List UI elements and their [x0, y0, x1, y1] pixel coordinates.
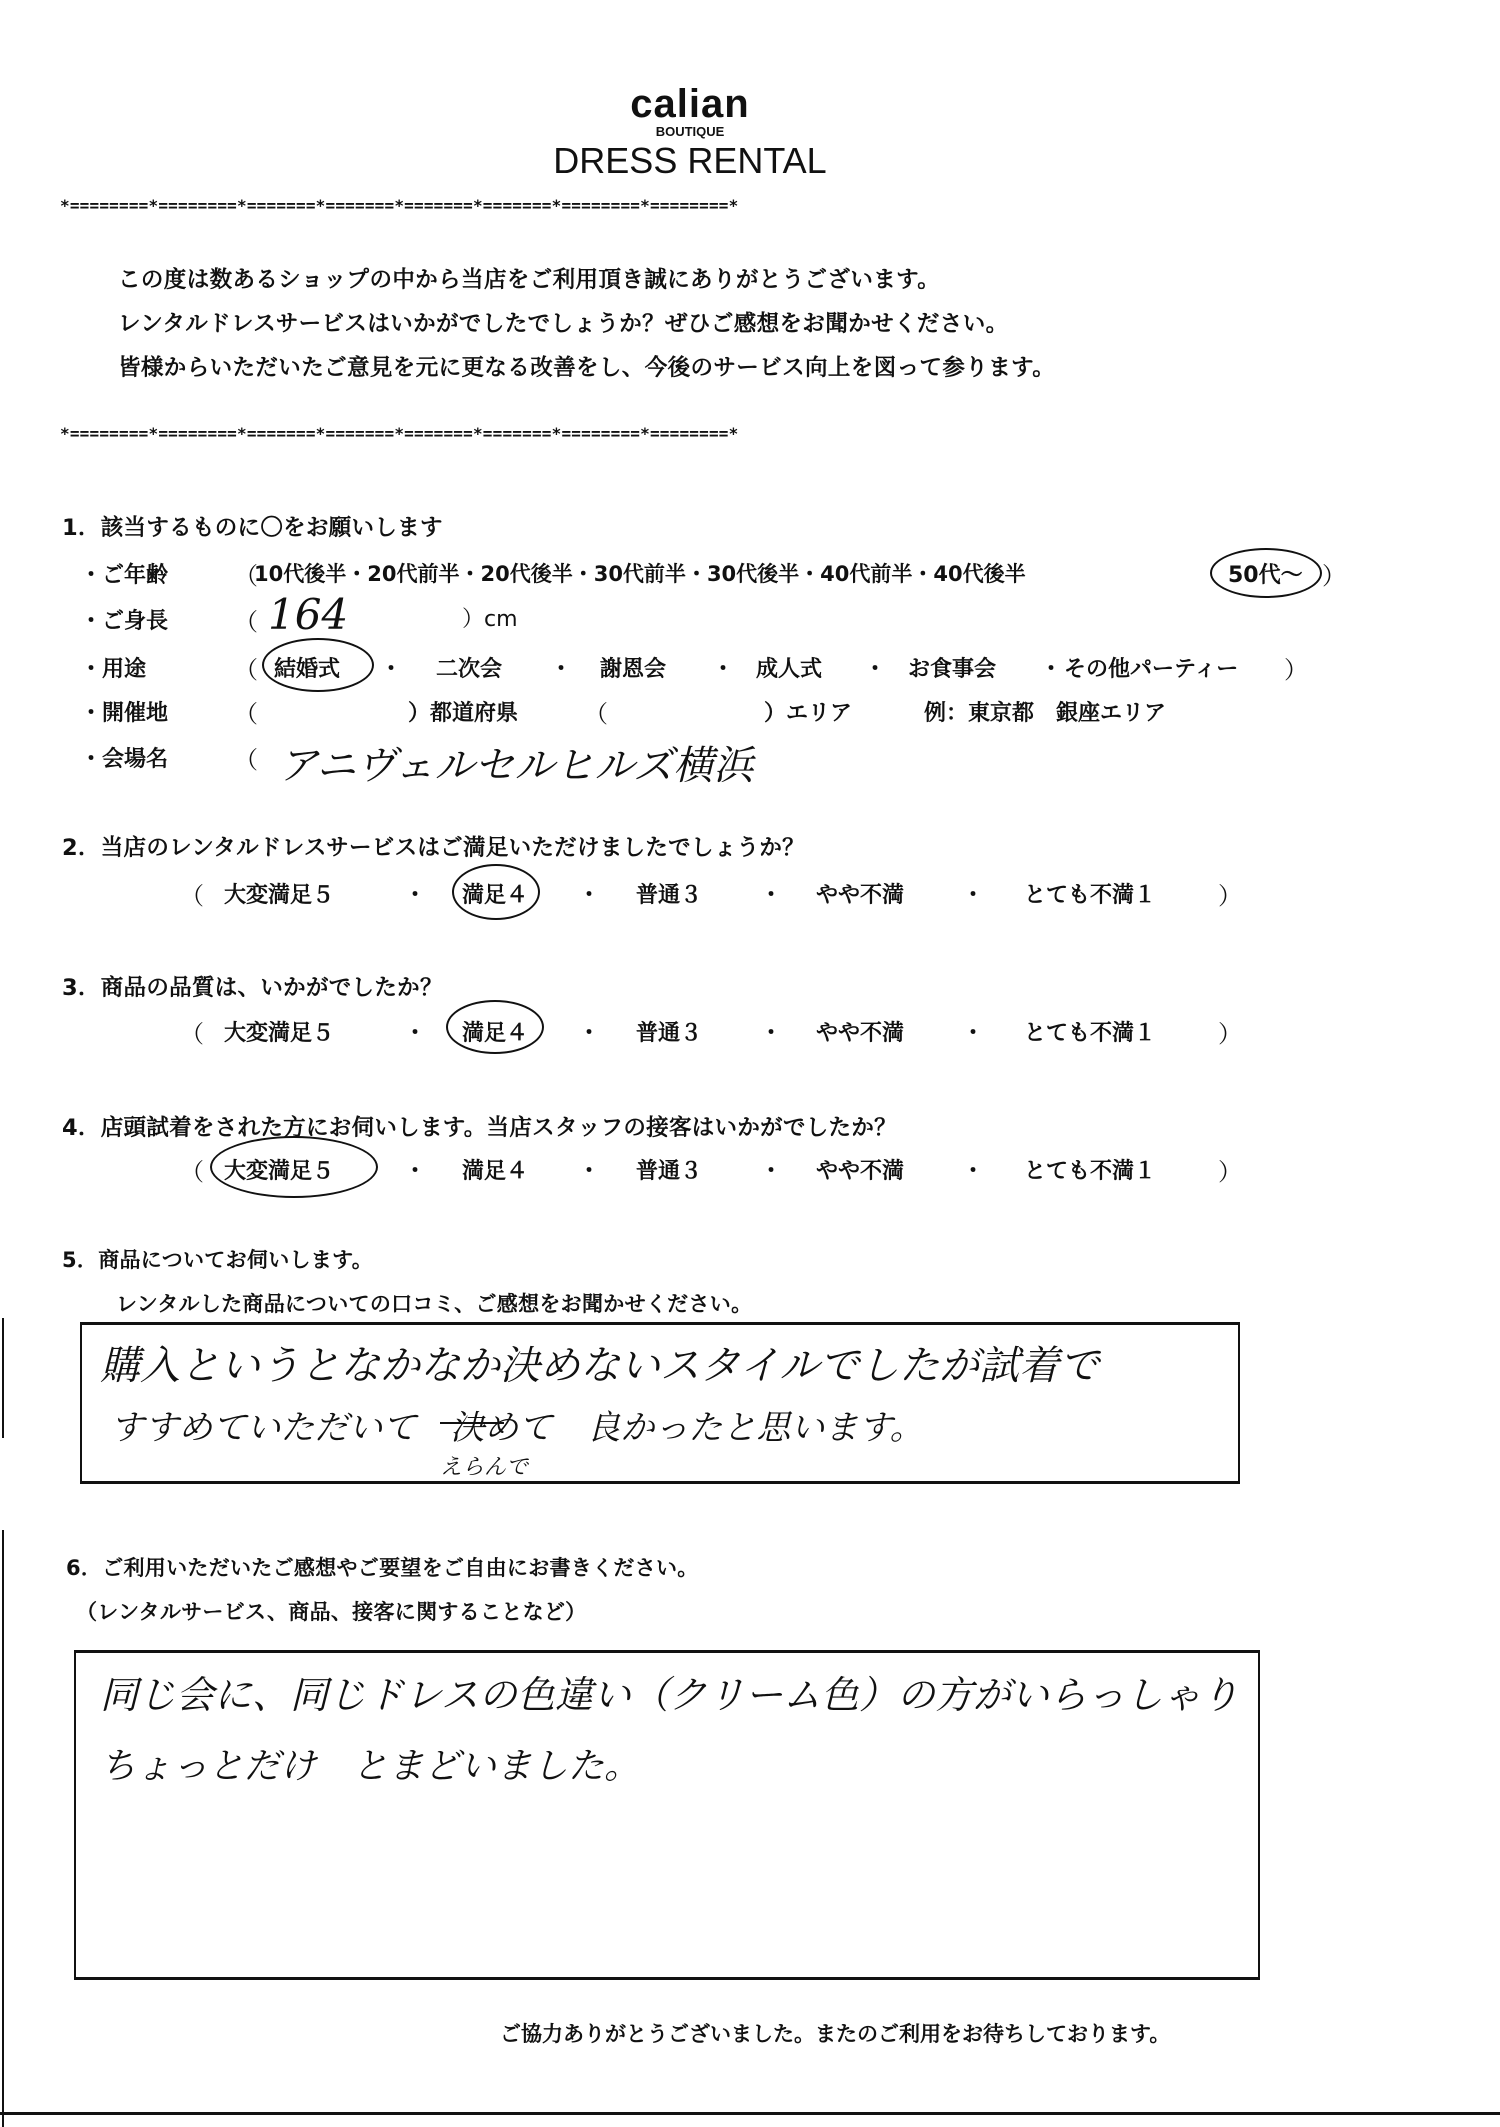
sep: ・ [404, 1016, 426, 1047]
q6-answer-line-1: 同じ会に、同じドレスの色違い（クリーム色）の方がいらっしゃり [100, 1664, 1239, 1719]
location-label: ・開催地 [80, 696, 168, 727]
venue-open-paren: （ [234, 740, 258, 775]
q3-option-5[interactable]: 大変満足５ [224, 1016, 334, 1047]
q5-correction: えらんで [440, 1450, 528, 1481]
q5-answer-line-1: 購入というとなかなか決めないスタイルでしたが試着で [100, 1334, 1099, 1391]
sep: ・ [962, 1154, 984, 1185]
purpose-label: ・用途 [80, 652, 146, 683]
q2-title: 2．当店のレンタルドレスサービスはご満足いただけましたでしょうか？ [62, 830, 805, 862]
intro-line-2: レンタルドレスサービスはいかがでしたでしょうか？ぜひご感想をお聞かせください。 [118, 306, 1009, 338]
sep: ・ [712, 652, 734, 683]
sep: ・ [404, 878, 426, 909]
open-paren: （ [180, 1152, 204, 1187]
divider-top: *========*========*=======*=======*=====… [60, 196, 1370, 216]
scan-margin-line [2, 1318, 4, 1438]
height-label: ・ご身長 [80, 604, 168, 635]
area-open-paren: （ [584, 694, 608, 729]
prefecture-field[interactable] [256, 692, 396, 726]
purpose-option[interactable]: 謝恩会 [600, 652, 666, 683]
q5-subtitle: レンタルした商品についての口コミ、ご感想をお聞かせください。 [116, 1288, 752, 1318]
sep: ・ [346, 562, 367, 586]
q3-option-3[interactable]: 普通３ [636, 1016, 702, 1047]
q4-option-2[interactable]: やや不満 [816, 1154, 904, 1185]
sep: ・ [962, 878, 984, 909]
brand-subtitle: BOUTIQUE [0, 124, 1380, 139]
q3-title: 3．商品の品質は、いかがでしたか？ [62, 970, 443, 1002]
q6-answer-line-2: ちょっとだけ とまどいました。 [100, 1738, 640, 1789]
purpose-option[interactable]: 二次会 [436, 652, 502, 683]
height-value[interactable]: 164 [268, 590, 348, 639]
brand-logo: calian [0, 82, 1380, 127]
purpose-option[interactable]: その他パーティー [1064, 652, 1238, 683]
close-paren: ） [1218, 876, 1242, 911]
age-option[interactable]: 30代前半 [594, 562, 686, 586]
q6-title: 6．ご利用いただいたご感想やご要望をご自由にお書きください。 [66, 1552, 699, 1582]
q4-title: 4．店頭試着をされた方にお伺いします。当店スタッフの接客はいかがでしたか？ [62, 1110, 897, 1142]
sep: ・ [912, 562, 933, 586]
q4-option-4[interactable]: 満足４ [462, 1154, 528, 1185]
age-option[interactable]: 40代前半 [820, 562, 912, 586]
q2-option-2[interactable]: やや不満 [816, 878, 904, 909]
q2-option-1[interactable]: とても不満１ [1024, 878, 1156, 909]
close-paren: ） [1218, 1152, 1242, 1187]
q3-option-2[interactable]: やや不満 [816, 1016, 904, 1047]
q6-subtitle: （レンタルサービス、商品、接客に関することなど） [76, 1596, 586, 1626]
scan-bottom-border [0, 2112, 1500, 2115]
sep: ・ [760, 1154, 782, 1185]
age-label: ・ご年齢 [80, 558, 168, 589]
area-suffix: ）エリア [764, 696, 852, 727]
q2-option-5[interactable]: 大変満足５ [224, 878, 334, 909]
prefecture-suffix: ）都道府県 [408, 696, 518, 727]
q3-option-4-selected[interactable]: 満足４ [462, 1016, 528, 1047]
q2-option-4-selected[interactable]: 満足４ [462, 878, 528, 909]
q4-option-3[interactable]: 普通３ [636, 1154, 702, 1185]
sep: ・ [578, 1154, 600, 1185]
footer-thanks: ご協力ありがとうございました。またのご利用をお待ちしております。 [500, 2018, 1170, 2048]
q5-answer-line-2: すすめていただいて 決めて 良かったと思います。 [110, 1400, 924, 1449]
page-title: DRESS RENTAL [0, 140, 1380, 182]
height-open-paren: （ [234, 602, 258, 637]
scan-margin-line [2, 1530, 4, 2127]
q1-title: 1．該当するものに〇をお願いします [62, 510, 443, 542]
purpose-option[interactable]: 成人式 [756, 652, 822, 683]
sep: ・ [459, 562, 480, 586]
sep: ・ [404, 1154, 426, 1185]
age-option[interactable]: 10代後半 [254, 562, 346, 586]
q4-option-1[interactable]: とても不満１ [1024, 1154, 1156, 1185]
q5-title: 5．商品についてお伺いします。 [62, 1244, 373, 1274]
sep: ・ [760, 1016, 782, 1047]
age-close-paren: ） [1322, 556, 1346, 591]
sep: ・ [962, 1016, 984, 1047]
purpose-open-paren: （ [234, 650, 258, 685]
open-paren: （ [180, 876, 204, 911]
open-paren: （ [180, 1014, 204, 1049]
location-example: 例：東京都 銀座エリア [924, 696, 1166, 727]
sep: ・ [550, 652, 572, 683]
sep: ・ [573, 562, 594, 586]
q2-option-3[interactable]: 普通３ [636, 878, 702, 909]
divider-bottom: *========*========*=======*=======*=====… [60, 424, 1370, 444]
age-option[interactable]: 40代後半 [933, 562, 1025, 586]
sep: ・ [760, 878, 782, 909]
venue-value[interactable]: アニヴェルセルヒルズ横浜 [278, 734, 753, 791]
sep: ・ [578, 878, 600, 909]
prefecture-open-paren: （ [234, 694, 258, 729]
height-unit: ）cm [462, 602, 518, 633]
age-option[interactable]: 20代後半 [480, 562, 572, 586]
sep: ・ [578, 1016, 600, 1047]
q4-option-5-selected[interactable]: 大変満足５ [224, 1154, 334, 1185]
sep: ・ [799, 562, 820, 586]
close-paren: ） [1218, 1014, 1242, 1049]
purpose-option[interactable]: お食事会 [908, 652, 996, 683]
age-option[interactable]: 30代後半 [707, 562, 799, 586]
q3-option-1[interactable]: とても不満１ [1024, 1016, 1156, 1047]
sep: ・ [686, 562, 707, 586]
age-options: 10代後半・20代前半・20代後半・30代前半・30代後半・40代前半・40代後… [254, 558, 1026, 588]
intro-line-1: この度は数あるショップの中から当店をご利用頂き誠にありがとうございます。 [118, 262, 940, 294]
sep: ・ [380, 652, 402, 683]
purpose-close-paren: ） [1284, 650, 1308, 685]
intro-line-3: 皆様からいただいたご意見を元に更なる改善をし、今後のサービス向上を図って参ります… [118, 350, 1055, 382]
sep: ・ [1040, 652, 1062, 683]
sep: ・ [864, 652, 886, 683]
purpose-option-selected[interactable]: 結婚式 [274, 652, 340, 683]
age-option-selected[interactable]: 50代〜 [1228, 558, 1303, 589]
age-option[interactable]: 20代前半 [367, 562, 459, 586]
venue-label: ・会場名 [80, 742, 168, 773]
strikethrough-mark [440, 1422, 504, 1424]
area-field[interactable] [606, 692, 756, 726]
